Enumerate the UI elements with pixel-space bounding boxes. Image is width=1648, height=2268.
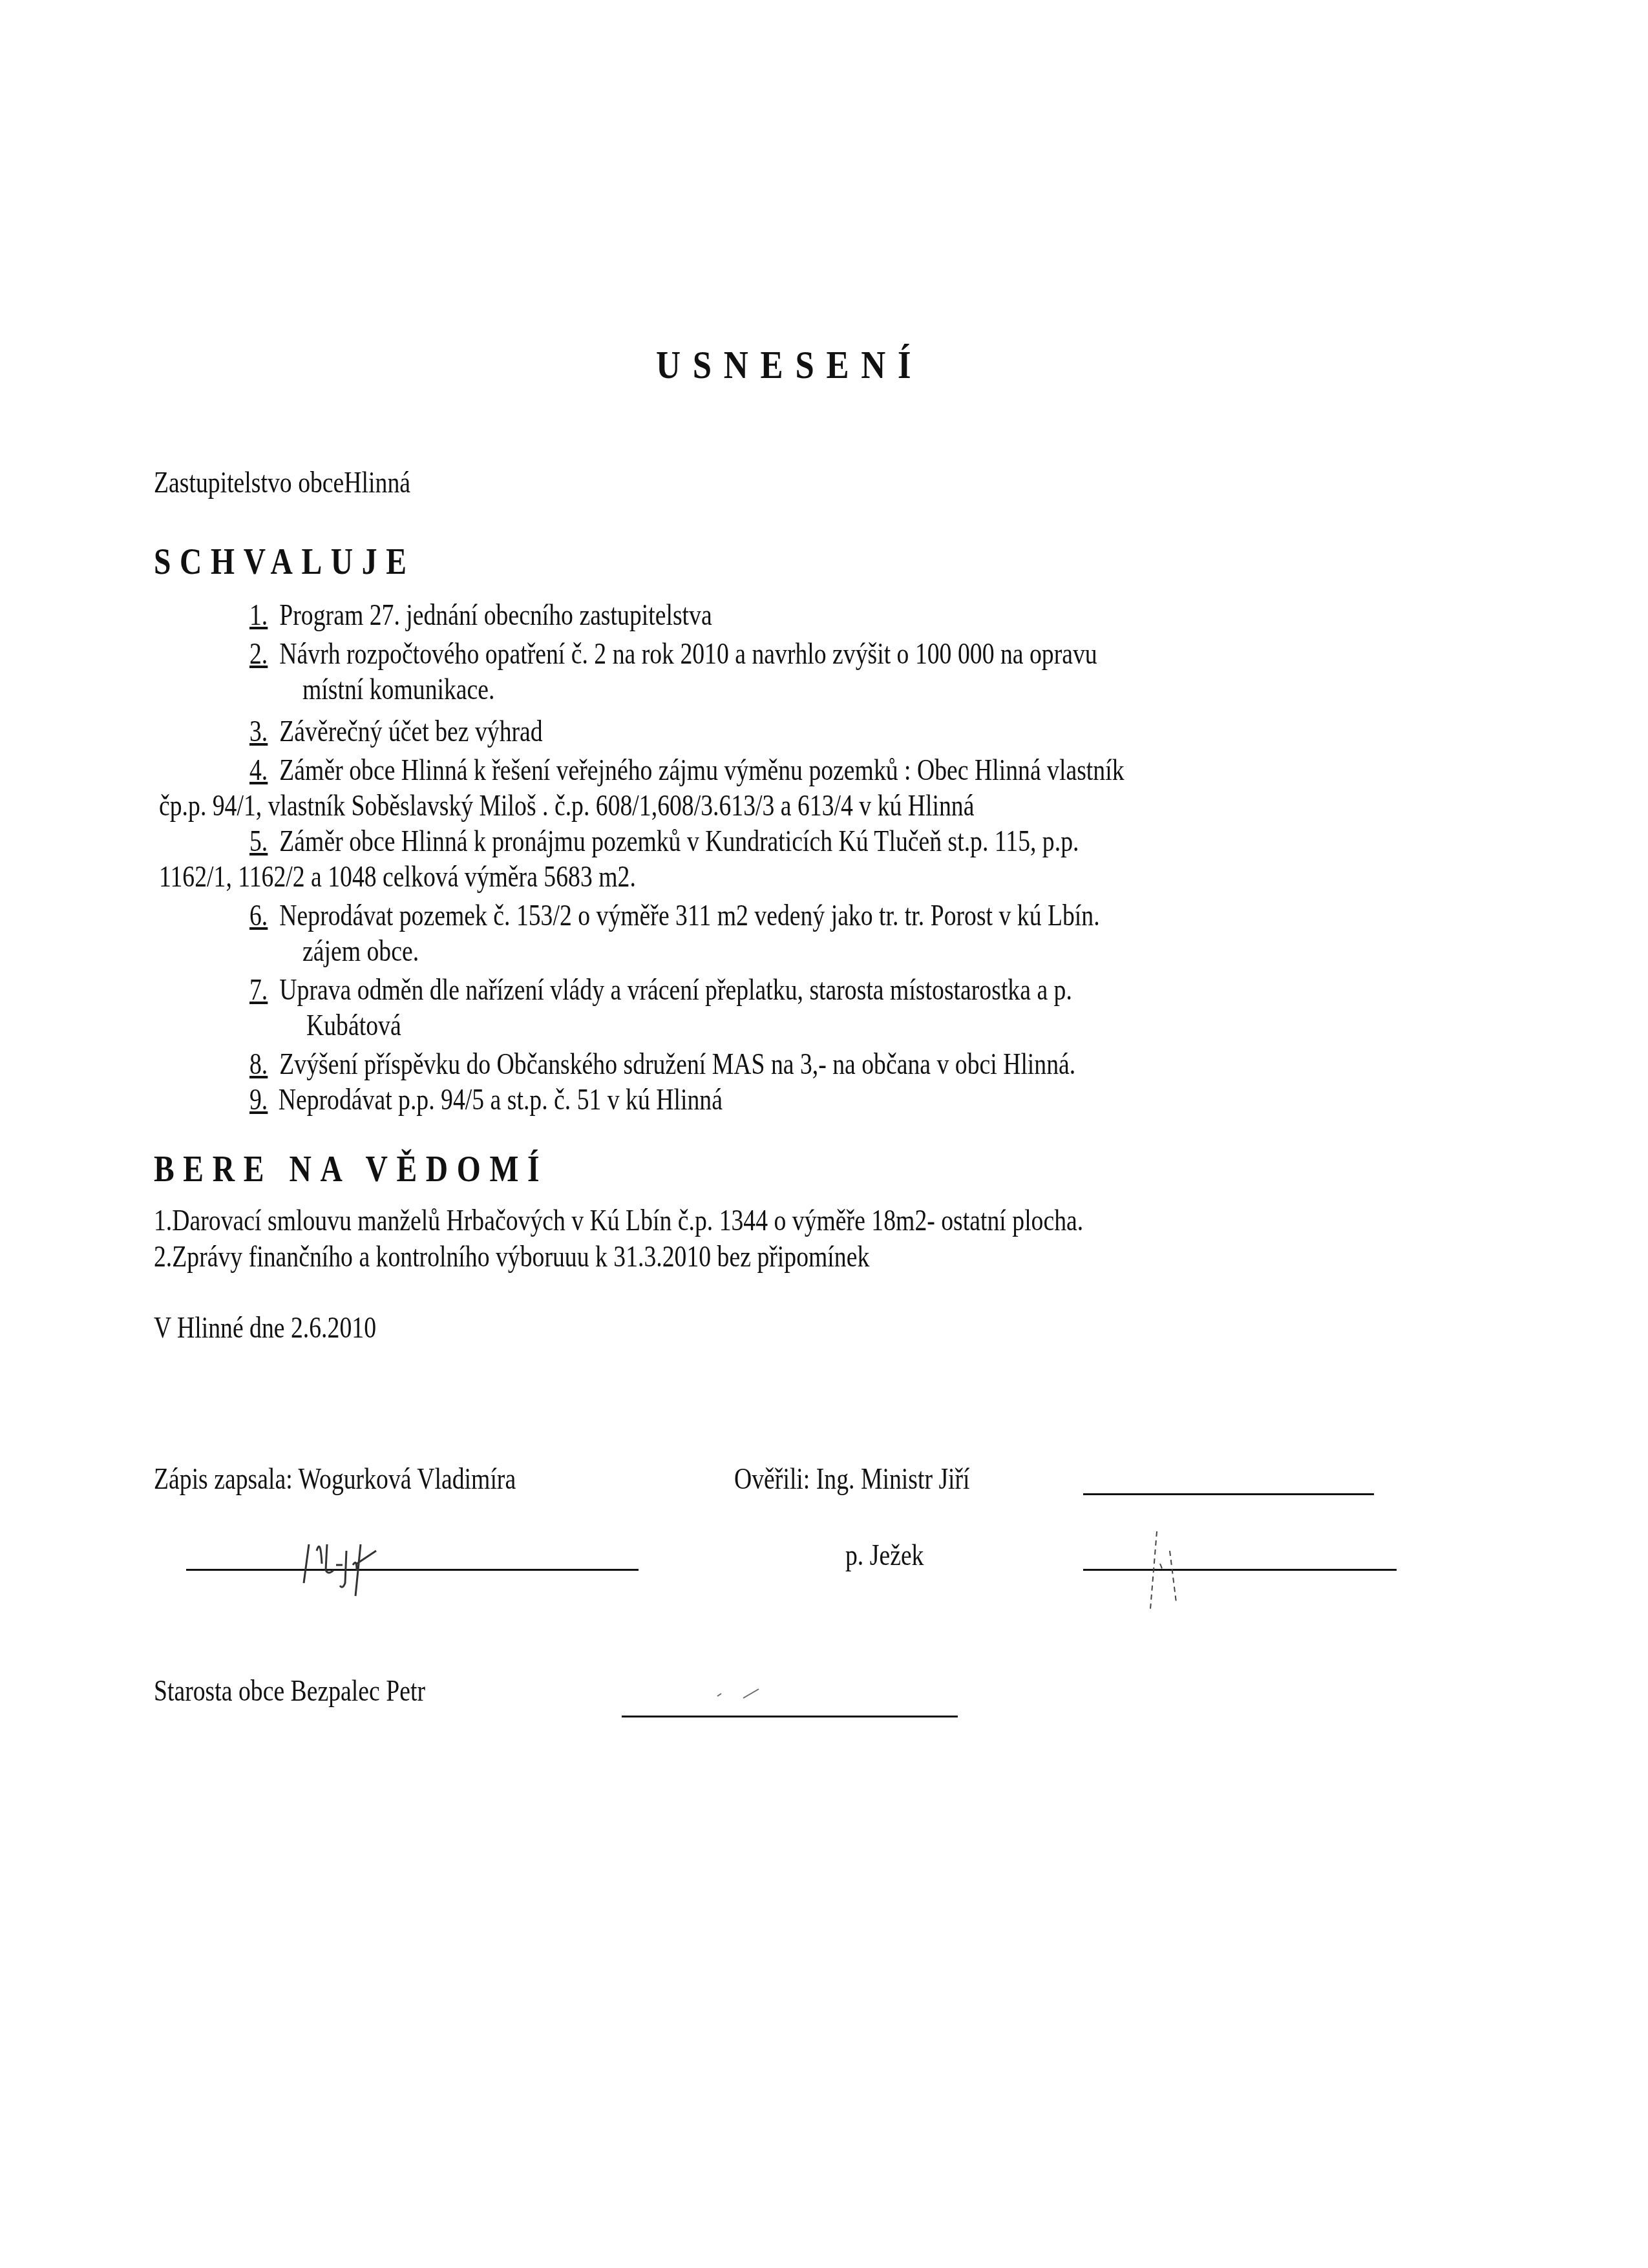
handwritten-signature-recorder	[207, 1506, 504, 1609]
document-title: USNESENÍ	[656, 342, 923, 388]
approve-item-4: 4.Záměr obce Hlinná k řešení veřejného z…	[249, 753, 1125, 787]
approve-item-1: 1.Program 27. jednání obecního zastupite…	[249, 598, 712, 632]
signature-line-verifier-1	[1083, 1493, 1374, 1495]
mayor-label: Starosta obce Bezpalec Petr	[154, 1674, 425, 1708]
note-item-2: 2.Zprávy finančního a kontrolního výboru…	[154, 1239, 869, 1274]
signature-line-mayor	[622, 1716, 958, 1717]
handwritten-mark-mayor	[711, 1680, 788, 1706]
approve-item-6-cont: zájem obce.	[302, 934, 419, 968]
recorder-label: Zápis zapsala: Wogurková Vladimíra	[154, 1462, 516, 1496]
section-heading-notes: BERE NA VĚDOMÍ	[154, 1149, 548, 1190]
approve-item-7-cont: Kubátová	[306, 1008, 401, 1042]
place-date: V Hlinné dne 2.6.2010	[154, 1310, 376, 1345]
approve-item-4-cont: čp.p. 94/1, vlastník Soběslavský Miloš .…	[159, 788, 974, 823]
approve-item-3: 3.Závěrečný účet bez výhrad	[249, 714, 543, 748]
verifier-2-name: p. Ježek	[845, 1538, 924, 1572]
approve-item-5: 5.Záměr obce Hlinná k pronájmu pozemků v…	[249, 824, 1079, 858]
approve-item-2: 2.Návrh rozpočtového opatření č. 2 na ro…	[249, 636, 1097, 671]
approve-item-6: 6.Neprodávat pozemek č. 153/2 o výměře 3…	[249, 898, 1100, 932]
note-item-1: 1.Darovací smlouvu manželů Hrbačových v …	[154, 1203, 1083, 1237]
approve-item-8: 8.Zvýšení příspěvku do Občanského sdruže…	[249, 1047, 1075, 1081]
council-intro: Zastupitelstvo obceHlinná	[154, 465, 410, 499]
verifiers-label: Ověřili: Ing. Ministr Jiří	[734, 1462, 970, 1496]
handwritten-signature-verifier	[1099, 1506, 1267, 1635]
approve-item-7: 7.Uprava odměn dle nařízení vlády a vrác…	[249, 972, 1072, 1007]
approve-item-5-cont: 1162/1, 1162/2 a 1048 celková výměra 568…	[159, 859, 636, 894]
section-heading-approves: SCHVALUJE	[154, 541, 416, 583]
approve-item-2-cont: místní komunikace.	[302, 672, 495, 706]
approve-item-9: 9.Neprodávat p.p. 94/5 a st.p. č. 51 v k…	[249, 1082, 723, 1117]
